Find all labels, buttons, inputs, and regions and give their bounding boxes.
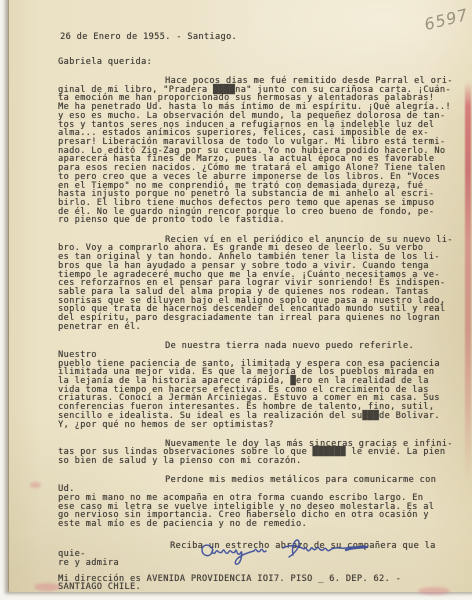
red-edge-mark — [465, 82, 471, 480]
paragraph-2: Recien ví en el periódico el anuncio de … — [58, 236, 458, 332]
paragraph-5: Perdone mis medios metálicos para comuni… — [58, 476, 458, 528]
pink-smudge — [418, 587, 450, 595]
date-line: 26 de Enero de 1955. - Santiago. — [60, 33, 458, 42]
pink-smudge — [30, 482, 41, 488]
signature-strokes — [202, 540, 367, 564]
paragraph-3: De nuestra tierra nada nuevo puedo refer… — [58, 342, 458, 429]
paragraph-1: Hace pocos dias me fué remitido desde Pa… — [58, 77, 458, 225]
salutation: Gabriela querida: — [58, 58, 458, 67]
address-postscript: Mi dirección es AVENIDA PROVIDENCIA IOI7… — [58, 575, 401, 592]
letter-body: 26 de Enero de 1955. - Santiago. Gabriel… — [58, 33, 458, 568]
handwritten-signature — [198, 534, 376, 570]
scanned-letter-page: 6597 26 de Enero de 1955. - Santiago. Ga… — [0, 0, 472, 600]
paragraph-4: Nuevamente le doy las más sinceras graci… — [58, 440, 458, 466]
pink-smudge — [34, 583, 60, 591]
